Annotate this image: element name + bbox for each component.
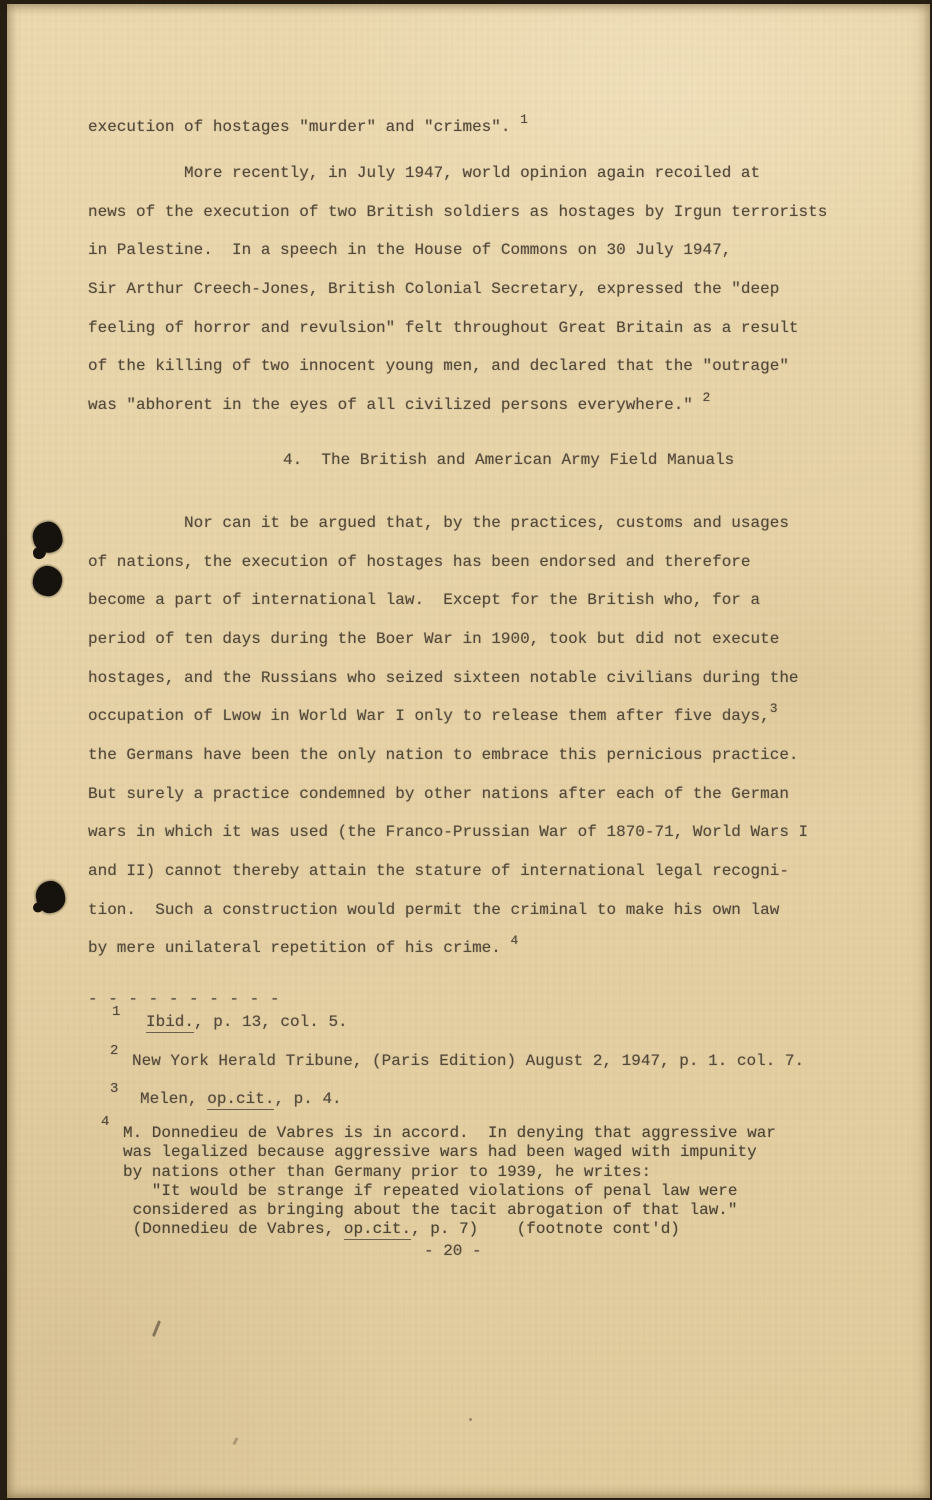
line-text: by nations other than Germany prior to 1…: [123, 1163, 651, 1181]
line-text: occupation of Lwow in World War I only t…: [88, 707, 770, 725]
footnote-2: New York Herald Tribune, (Paris Edition)…: [132, 1052, 804, 1070]
footnote-marker-4: 4: [101, 1114, 109, 1130]
line-text: hostages, and the Russians who seized si…: [88, 669, 799, 687]
text-line: feeling of horror and revulsion" felt th…: [88, 318, 827, 357]
line-text: But surely a practice condemned by other…: [88, 785, 789, 803]
line-text: and II) cannot thereby attain the statur…: [88, 862, 789, 880]
line-text: by mere unilateral repetition of his cri…: [88, 939, 510, 957]
line-text: was legalized because aggressive wars ha…: [123, 1143, 757, 1161]
line-text: news of the execution of two British sol…: [88, 203, 827, 221]
text-line: tion. Such a construction would permit t…: [88, 900, 808, 939]
footnote-4: M. Donnedieu de Vabres is in accord. In …: [123, 1124, 776, 1240]
ink-speck: [469, 1418, 472, 1421]
footnote-line: was legalized because aggressive wars ha…: [123, 1143, 776, 1162]
footnote-line: by nations other than Germany prior to 1…: [123, 1163, 776, 1182]
footnote-text: New York Herald Tribune, (Paris Edition)…: [132, 1052, 804, 1070]
line-text: tion. Such a construction would permit t…: [88, 901, 779, 919]
line-text: , p. 7) (footnote cont'd): [411, 1220, 680, 1238]
text-line: of nations, the execution of hostages ha…: [88, 552, 808, 591]
footnote-citation-underlined: op.cit.: [207, 1090, 274, 1110]
footnote-text: , p. 4.: [274, 1090, 341, 1108]
footnote-1: Ibid., p. 13, col. 5.: [146, 1013, 348, 1031]
footnote-ref-4: 4: [510, 933, 518, 948]
line-text: period of ten days during the Boer War i…: [88, 630, 779, 648]
paragraph-july-1947: More recently, in July 1947, world opini…: [88, 163, 827, 434]
line-text: considered as bringing about the tacit a…: [123, 1201, 738, 1219]
line-text: More recently, in July 1947, world opini…: [88, 164, 760, 182]
line-text: of nations, the execution of hostages ha…: [88, 553, 751, 571]
footnote-line: M. Donnedieu de Vabres is in accord. In …: [123, 1124, 776, 1143]
line-text: M. Donnedieu de Vabres is in accord. In …: [123, 1124, 776, 1142]
text-line: become a part of international law. Exce…: [88, 590, 808, 629]
text-line: period of ten days during the Boer War i…: [88, 629, 808, 668]
footnote-citation-underlined: op.cit.: [344, 1220, 411, 1240]
footnote-ref-2: 2: [703, 390, 711, 405]
line-text: of the killing of two innocent young men…: [88, 357, 789, 375]
text-line: the Germans have been the only nation to…: [88, 745, 808, 784]
body-opening-line: execution of hostages "murder" and "crim…: [88, 118, 528, 136]
text-line: wars in which it was used (the Franco-Pr…: [88, 822, 808, 861]
footnote-marker-3: 3: [110, 1081, 118, 1097]
text-line: by mere unilateral repetition of his cri…: [88, 938, 808, 977]
text-line: in Palestine. In a speech in the House o…: [88, 240, 827, 279]
line-text: was "abhorent in the eyes of all civiliz…: [88, 396, 703, 414]
text-line: occupation of Lwow in World War I only t…: [88, 706, 808, 745]
line-text: become a part of international law. Exce…: [88, 591, 760, 609]
line-text: in Palestine. In a speech in the House o…: [88, 241, 731, 259]
line-text: wars in which it was used (the Franco-Pr…: [88, 823, 808, 841]
line-text: feeling of horror and revulsion" felt th…: [88, 319, 799, 337]
line-text: execution of hostages "murder" and "crim…: [88, 118, 520, 136]
text-line: More recently, in July 1947, world opini…: [88, 163, 827, 202]
footnote-ref-3: 3: [770, 701, 778, 716]
line-text: (Donnedieu de Vabres,: [123, 1220, 344, 1238]
line-text: "It would be strange if repeated violati…: [123, 1182, 738, 1200]
footnote-text: Melen,: [140, 1090, 207, 1108]
footnote-line: (Donnedieu de Vabres, op.cit., p. 7) (fo…: [123, 1220, 776, 1239]
text-line: hostages, and the Russians who seized si…: [88, 668, 808, 707]
text-line: and II) cannot thereby attain the statur…: [88, 861, 808, 900]
footnote-ref-1: 1: [520, 112, 528, 127]
page-number: - 20 -: [424, 1242, 482, 1260]
section-heading: 4. The British and American Army Field M…: [283, 451, 734, 469]
line-text: Sir Arthur Creech-Jones, British Colonia…: [88, 280, 779, 298]
footnote-line: "It would be strange if repeated violati…: [123, 1182, 776, 1201]
footnote-marker-2: 2: [110, 1043, 118, 1059]
line-text: the Germans have been the only nation to…: [88, 746, 799, 764]
footnote-marker-1: 1: [112, 1004, 120, 1020]
footnote-text: , p. 13, col. 5.: [194, 1013, 348, 1031]
text-line: of the killing of two innocent young men…: [88, 356, 827, 395]
footnote-line: considered as bringing about the tacit a…: [123, 1201, 776, 1220]
text-line: Sir Arthur Creech-Jones, British Colonia…: [88, 279, 827, 318]
footnote-3: Melen, op.cit., p. 4.: [140, 1090, 342, 1108]
text-line: Nor can it be argued that, by the practi…: [88, 513, 808, 552]
text-line: news of the execution of two British sol…: [88, 202, 827, 241]
paragraph-field-manuals: Nor can it be argued that, by the practi…: [88, 513, 808, 977]
line-text: Nor can it be argued that, by the practi…: [88, 514, 789, 532]
scanned-typescript-screenshot: { "colors": { "paper": "#e6d2a6", "ink":…: [0, 0, 932, 1500]
text-line: was "abhorent in the eyes of all civiliz…: [88, 395, 827, 434]
text-line: But surely a practice condemned by other…: [88, 784, 808, 823]
footnote-citation-underlined: Ibid.: [146, 1013, 194, 1033]
